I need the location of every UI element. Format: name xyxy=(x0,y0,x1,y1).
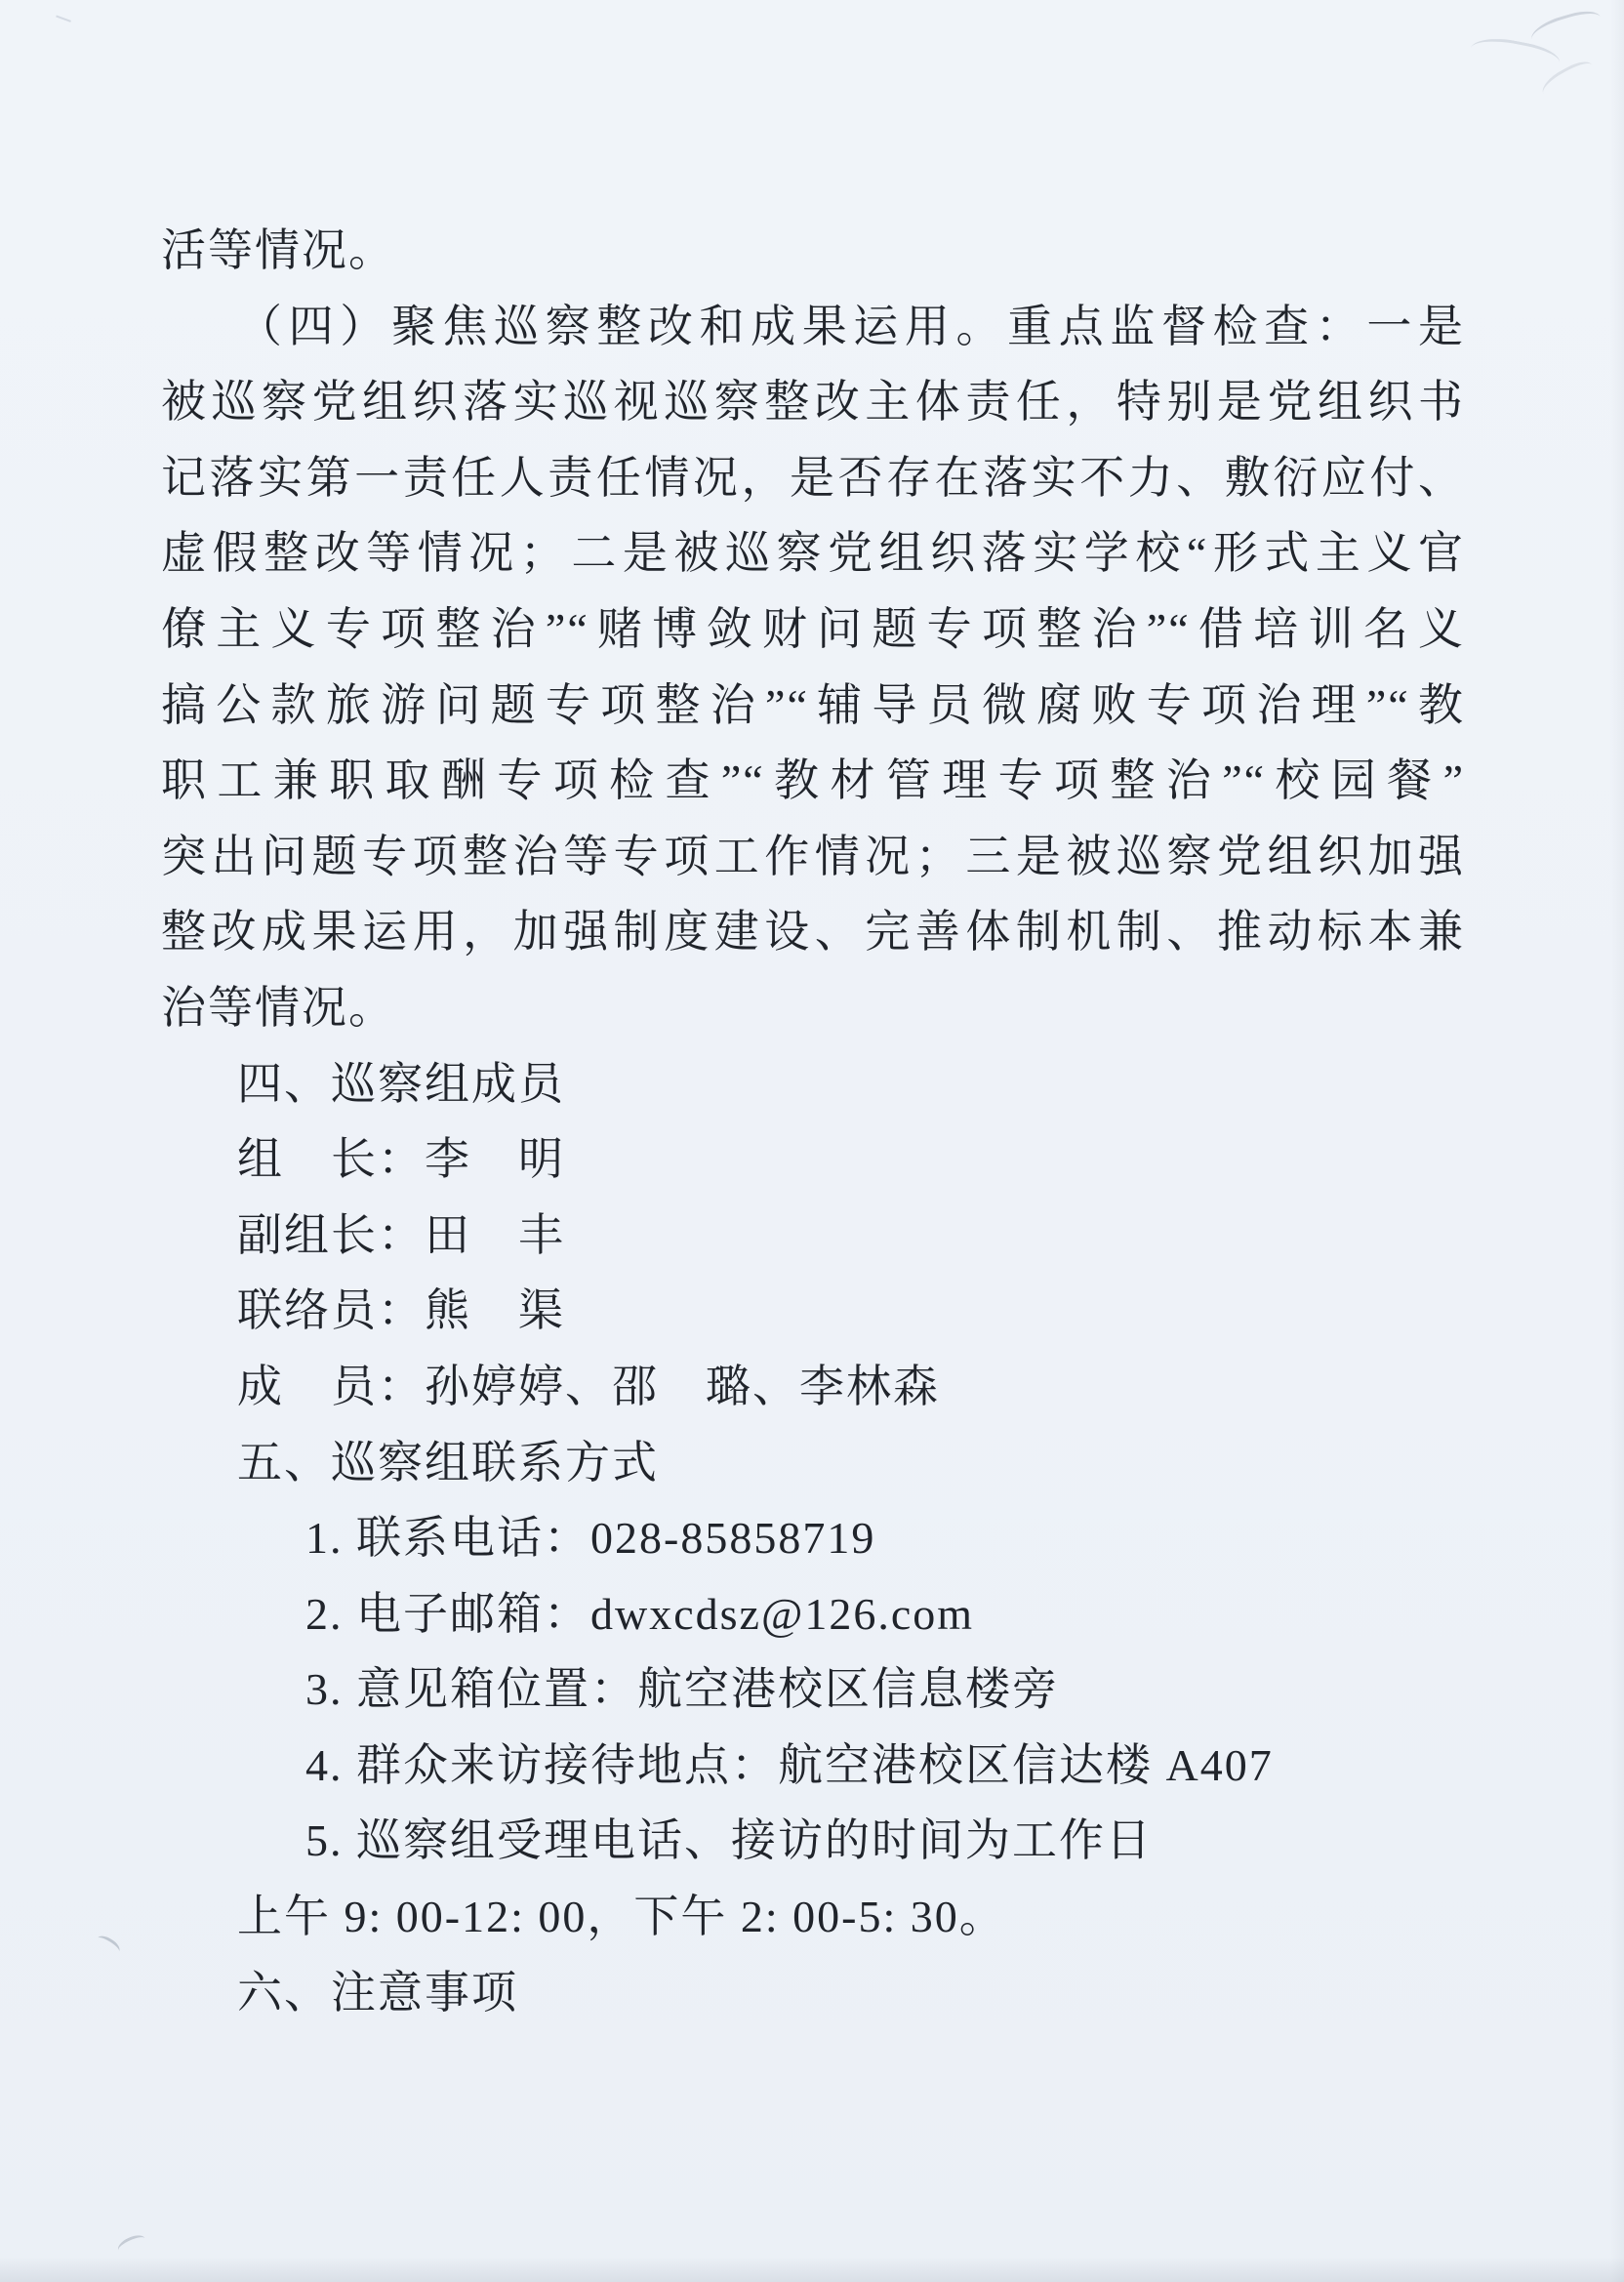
scan-shadow-bottom-edge xyxy=(0,2257,1624,2282)
text-line: 记落实第一责任人责任情况，是否存在落实不力、敷衍应付、 xyxy=(161,440,1465,516)
contact-phone-line: 1. 联系电话：028-85858719 xyxy=(161,1500,1465,1576)
scan-noise-bottom-left xyxy=(115,2232,148,2258)
text-line: 整改成果运用，加强制度建设、完善体制机制、推动标本兼 xyxy=(161,894,1465,970)
member-line-leader: 组 长：李 明 xyxy=(161,1121,1465,1198)
contact-email-line: 2. 电子邮箱：dwxcdsz@126.com xyxy=(161,1576,1465,1652)
section-heading-6: 六、注意事项 xyxy=(161,1955,1465,2031)
text-line: 活等情况。 xyxy=(161,213,1465,289)
scan-shadow-right-edge xyxy=(1610,0,1624,2282)
text-line: （四）聚焦巡察整改和成果运用。重点监督检查：一是 xyxy=(161,289,1465,365)
scan-noise-bottom-left xyxy=(95,1933,123,1957)
member-line-liaison: 联络员：熊 渠 xyxy=(161,1273,1465,1349)
text-line: 突出问题专项整治等专项工作情况；三是被巡察党组织加强 xyxy=(161,819,1465,895)
section-heading-4: 四、巡察组成员 xyxy=(161,1046,1465,1122)
contact-visit-location-line: 4. 群众来访接待地点：航空港校区信达楼 A407 xyxy=(161,1728,1465,1804)
text-line: 搞公款旅游问题专项整治”“辅导员微腐败专项治理”“教 xyxy=(161,668,1465,744)
member-line-deputy-leader: 副组长：田 丰 xyxy=(161,1198,1465,1274)
contact-hours-line-2: 上午 9: 00-12: 00，下午 2: 00-5: 30。 xyxy=(161,1879,1465,1955)
member-line-members: 成 员：孙婷婷、邵 璐、李林森 xyxy=(161,1349,1465,1425)
text-line: 虚假整改等情况；二是被巡察党组织落实学校“形式主义官 xyxy=(161,515,1465,591)
section-heading-5: 五、巡察组联系方式 xyxy=(161,1425,1465,1501)
contact-hours-line-1: 5. 巡察组受理电话、接访的时间为工作日 xyxy=(161,1803,1465,1879)
contact-suggestion-box-line: 3. 意见箱位置：航空港校区信息楼旁 xyxy=(161,1651,1465,1728)
scan-noise-top-left xyxy=(54,16,71,28)
text-line: 治等情况。 xyxy=(161,970,1465,1046)
text-line: 职工兼职取酬专项检查”“教材管理专项整治”“校园餐” xyxy=(161,743,1465,819)
text-line: 被巡察党组织落实巡视巡察整改主体责任，特别是党组织书 xyxy=(161,364,1465,440)
document-text-block: 活等情况。 （四）聚焦巡察整改和成果运用。重点监督检查：一是 被巡察党组织落实巡… xyxy=(161,213,1465,2030)
scanned-document-page: 活等情况。 （四）聚焦巡察整改和成果运用。重点监督检查：一是 被巡察党组织落实巡… xyxy=(0,0,1624,2282)
text-line: 僚主义专项整治”“赌博敛财问题专项整治”“借培训名义 xyxy=(161,591,1465,668)
